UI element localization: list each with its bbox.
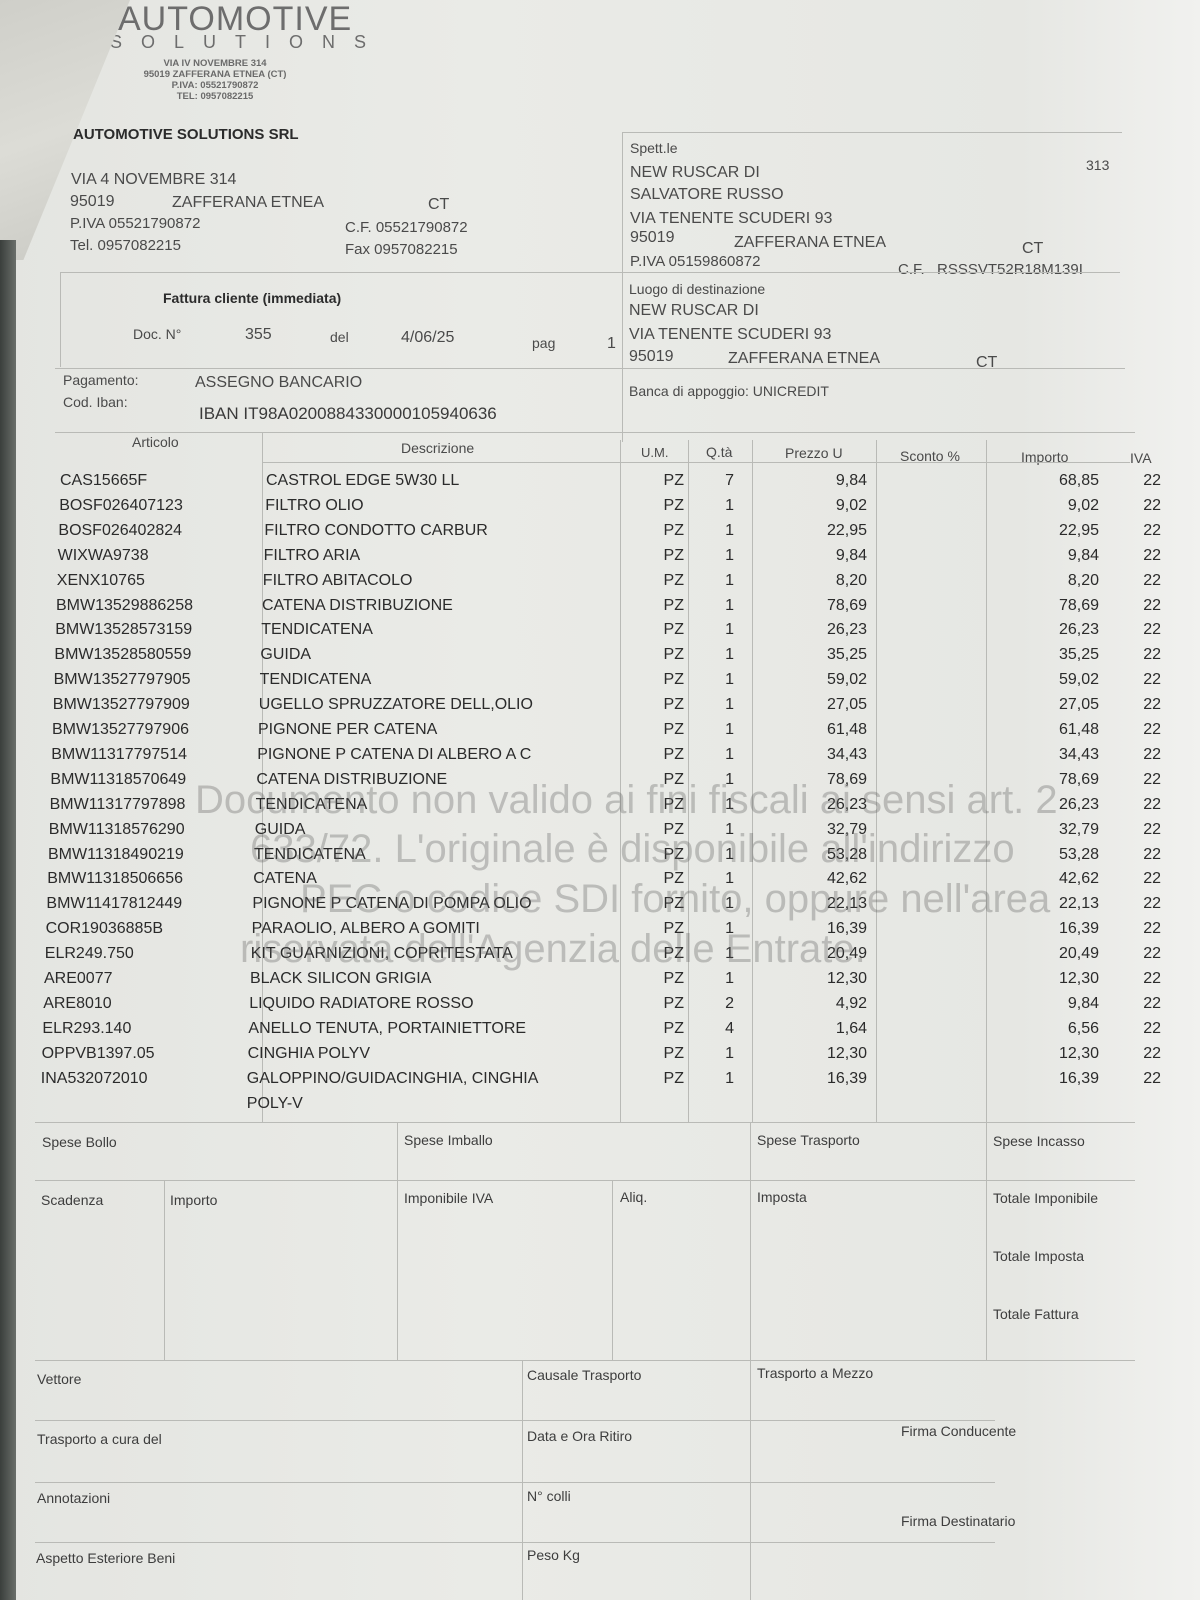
cell-qta: 1	[725, 895, 734, 913]
cell-um: PZ	[664, 846, 684, 864]
cell-importo: 6,56	[1068, 1020, 1099, 1038]
table-row: BMW11318506656CATENAPZ142,6242,6222	[0, 870, 1200, 895]
cell-descrizione: PIGNONE P CATENA DI POMPA OLIO	[252, 895, 531, 913]
cell-importo: 78,69	[1059, 597, 1099, 615]
cell-um: PZ	[664, 771, 684, 789]
cell-um: PZ	[664, 522, 684, 540]
cell-qta: 1	[725, 621, 734, 639]
label-firma-conducente: Firma Conducente	[901, 1423, 1016, 1439]
cell-descrizione: PIGNONE PER CATENA	[258, 721, 437, 739]
cell-importo: 22,13	[1059, 895, 1099, 913]
cell-prezzo: 9,84	[836, 547, 867, 565]
cell-articolo: BMW13527797909	[53, 696, 190, 714]
cell-um: PZ	[664, 746, 684, 764]
cell-qta: 1	[725, 671, 734, 689]
cell-importo: 12,30	[1059, 1045, 1099, 1063]
cell-articolo: BMW13527797905	[54, 671, 191, 689]
cell-importo: 42,62	[1059, 870, 1099, 888]
cell-qta: 1	[725, 1045, 734, 1063]
cell-articolo: BMW11318570649	[50, 771, 186, 789]
cell-um: PZ	[664, 472, 684, 490]
cell-iva: 22	[1143, 597, 1161, 615]
cell-descrizione: FILTRO ABITACOLO	[263, 572, 413, 590]
cell-prezzo: 9,84	[836, 472, 867, 490]
cell-iva: 22	[1143, 1070, 1161, 1088]
cell-prezzo: 16,39	[827, 920, 867, 938]
cell-descrizione: CINGHIA POLYV	[248, 1045, 370, 1063]
cell-iva: 22	[1143, 870, 1161, 888]
cell-descrizione: UGELLO SPRUZZATORE DELL,OLIO	[259, 696, 533, 714]
label-spese-incasso: Spese Incasso	[993, 1133, 1085, 1149]
cell-iva: 22	[1143, 572, 1161, 590]
table-row: OPPVB1397.05CINGHIA POLYVPZ112,3012,3022	[0, 1045, 1200, 1070]
cell-articolo: BMW11317797898	[50, 796, 186, 814]
cell-iva: 22	[1143, 646, 1161, 664]
invoice-lines: CAS15665FCASTROL EDGE 5W30 LLPZ79,8468,8…	[0, 0, 1200, 1200]
cell-iva: 22	[1143, 746, 1161, 764]
cell-iva: 22	[1143, 945, 1161, 963]
cell-qta: 1	[725, 597, 734, 615]
cell-articolo: CAS15665F	[60, 472, 147, 490]
cell-descrizione: TENDICATENA	[260, 671, 372, 689]
label-totale-fattura: Totale Fattura	[993, 1306, 1079, 1322]
cell-prezzo: 53,28	[827, 846, 867, 864]
cell-um: PZ	[664, 547, 684, 565]
cell-articolo: ARE8010	[43, 995, 112, 1013]
label-spese-imballo: Spese Imballo	[404, 1132, 493, 1148]
cell-articolo: INA532072010	[41, 1070, 148, 1088]
cell-um: PZ	[664, 821, 684, 839]
cell-um: PZ	[664, 597, 684, 615]
cell-prezzo: 22,13	[827, 895, 867, 913]
cell-descrizione: CASTROL EDGE 5W30 LL	[266, 472, 459, 490]
cell-importo: 59,02	[1059, 671, 1099, 689]
cell-qta: 1	[725, 821, 734, 839]
cell-articolo: BMW13529886258	[56, 597, 193, 615]
cell-prezzo: 34,43	[827, 746, 867, 764]
cell-iva: 22	[1143, 522, 1161, 540]
background-edge	[0, 240, 16, 1600]
cell-qta: 1	[725, 547, 734, 565]
cell-qta: 1	[725, 771, 734, 789]
cell-articolo: BMW11417812449	[46, 895, 182, 913]
cell-qta: 2	[725, 995, 734, 1013]
label-peso-kg: Peso Kg	[527, 1547, 580, 1563]
cell-qta: 1	[725, 846, 734, 864]
cell-descrizione: TENDICATENA	[256, 796, 368, 814]
cell-importo: 9,02	[1068, 497, 1099, 515]
label-annotazioni: Annotazioni	[37, 1490, 110, 1506]
cell-iva: 22	[1143, 497, 1161, 515]
table-row: BMW11317797514PIGNONE P CATENA DI ALBERO…	[0, 746, 1200, 771]
label-totale-imponibile: Totale Imponibile	[993, 1190, 1098, 1206]
cell-iva: 22	[1143, 796, 1161, 814]
cell-importo: 68,85	[1059, 472, 1099, 490]
cell-qta: 1	[725, 522, 734, 540]
cell-articolo: ELR249.750	[45, 945, 134, 963]
cell-iva: 22	[1143, 970, 1161, 988]
cell-qta: 1	[725, 646, 734, 664]
cell-prezzo: 16,39	[827, 1070, 867, 1088]
cell-iva: 22	[1143, 1020, 1161, 1038]
label-n-colli: N° colli	[527, 1488, 571, 1504]
cell-um: PZ	[664, 1070, 684, 1088]
cell-descrizione: GUIDA	[260, 646, 311, 664]
cell-articolo: BOSF026402824	[58, 522, 182, 540]
cell-um: PZ	[664, 920, 684, 938]
cell-articolo: BMW13528580559	[54, 646, 191, 664]
table-row: COR19036885BPARAOLIO, ALBERO A GOMITIPZ1…	[0, 920, 1200, 945]
cell-descrizione: TENDICATENA	[261, 621, 373, 639]
cell-descrizione: CATENA	[253, 870, 317, 888]
cell-iva: 22	[1143, 771, 1161, 789]
label-vettore: Vettore	[37, 1371, 81, 1387]
cell-descrizione: CATENA DISTRIBUZIONE	[256, 771, 447, 789]
cell-descrizione: FILTRO OLIO	[265, 497, 363, 515]
cell-importo: 12,30	[1059, 970, 1099, 988]
cell-articolo: BMW13528573159	[55, 621, 192, 639]
table-row: ARE8010LIQUIDO RADIATORE ROSSOPZ24,929,8…	[0, 995, 1200, 1020]
cell-descrizione: PIGNONE P CATENA DI ALBERO A C	[257, 746, 531, 764]
table-row: ELR293.140ANELLO TENUTA, PORTAINIETTOREP…	[0, 1020, 1200, 1045]
table-row: BMW13528573159TENDICATENAPZ126,2326,2322	[0, 621, 1200, 646]
cell-importo: 34,43	[1059, 746, 1099, 764]
cell-prezzo: 78,69	[827, 771, 867, 789]
cell-articolo: BOSF026407123	[59, 497, 183, 515]
cell-articolo: COR19036885B	[46, 920, 163, 938]
cell-articolo: BMW11317797514	[51, 746, 187, 764]
cell-importo: 32,79	[1059, 821, 1099, 839]
cell-prezzo: 27,05	[827, 696, 867, 714]
cell-iva: 22	[1143, 621, 1161, 639]
cell-qta: 7	[725, 472, 734, 490]
cell-um: PZ	[664, 995, 684, 1013]
cell-descrizione: GUIDA	[255, 821, 306, 839]
cell-articolo: BMW11318576290	[49, 821, 185, 839]
cell-prezzo: 42,62	[827, 870, 867, 888]
cell-qta: 1	[725, 696, 734, 714]
label-imposta: Imposta	[757, 1189, 807, 1205]
cell-importo: 78,69	[1059, 771, 1099, 789]
table-row: BMW11318570649CATENA DISTRIBUZIONEPZ178,…	[0, 771, 1200, 796]
cell-qta: 1	[725, 572, 734, 590]
table-row: BMW13527797909UGELLO SPRUZZATORE DELL,OL…	[0, 696, 1200, 721]
cell-articolo: WIXWA9738	[58, 547, 149, 565]
cell-qta: 1	[725, 1070, 734, 1088]
table-row: BMW13527797906PIGNONE PER CATENAPZ161,48…	[0, 721, 1200, 746]
table-row: BMW11318576290GUIDAPZ132,7932,7922	[0, 821, 1200, 846]
label-aspetto-beni: Aspetto Esteriore Beni	[36, 1550, 175, 1566]
cell-prezzo: 61,48	[827, 721, 867, 739]
cell-iva: 22	[1143, 1045, 1161, 1063]
cell-prezzo: 78,69	[827, 597, 867, 615]
cell-iva: 22	[1143, 846, 1161, 864]
cell-prezzo: 9,02	[836, 497, 867, 515]
table-row: WIXWA9738FILTRO ARIAPZ19,849,8422	[0, 547, 1200, 572]
cell-articolo: XENX10765	[57, 572, 145, 590]
cell-descrizione: TENDICATENA	[254, 846, 366, 864]
cell-importo: 26,23	[1059, 621, 1099, 639]
cell-importo: 61,48	[1059, 721, 1099, 739]
invoice-page: AUTOMOTIVE SOLUTIONS VIA IV NOVEMBRE 314…	[0, 0, 1200, 1600]
cell-um: PZ	[664, 1020, 684, 1038]
cell-um: PZ	[664, 870, 684, 888]
cell-um: PZ	[664, 621, 684, 639]
label-causale-trasporto: Causale Trasporto	[527, 1367, 641, 1383]
cell-qta: 1	[725, 920, 734, 938]
table-row: INA532072010GALOPPINO/GUIDACINGHIA, CING…	[0, 1070, 1200, 1095]
cell-prezzo: 26,23	[827, 796, 867, 814]
cell-prezzo: 20,49	[827, 945, 867, 963]
cell-importo: 26,23	[1059, 796, 1099, 814]
cell-qta: 1	[725, 870, 734, 888]
cell-iva: 22	[1143, 671, 1161, 689]
cell-articolo: BMW11318506656	[47, 870, 183, 888]
cell-prezzo: 4,92	[836, 995, 867, 1013]
cell-qta: 4	[725, 1020, 734, 1038]
cell-prezzo: 35,25	[827, 646, 867, 664]
cell-um: PZ	[664, 696, 684, 714]
cell-descrizione: KIT GUARNIZIONI, COPRITESTATA	[251, 945, 513, 963]
table-row: ARE0077BLACK SILICON GRIGIAPZ112,3012,30…	[0, 970, 1200, 995]
label-trasporto-a-mezzo: Trasporto a Mezzo	[757, 1365, 873, 1381]
cell-importo: 27,05	[1059, 696, 1099, 714]
cell-articolo: ELR293.140	[42, 1020, 131, 1038]
cell-qta: 1	[725, 796, 734, 814]
cell-iva: 22	[1143, 721, 1161, 739]
cell-prezzo: 32,79	[827, 821, 867, 839]
label-spese-trasporto: Spese Trasporto	[757, 1132, 860, 1148]
table-row: BMW11417812449PIGNONE P CATENA DI POMPA …	[0, 895, 1200, 920]
cell-prezzo: 22,95	[827, 522, 867, 540]
cell-um: PZ	[664, 895, 684, 913]
table-row: ELR249.750KIT GUARNIZIONI, COPRITESTATAP…	[0, 945, 1200, 970]
cell-um: PZ	[664, 970, 684, 988]
cell-iva: 22	[1143, 920, 1161, 938]
cell-prezzo: 59,02	[827, 671, 867, 689]
cell-um: PZ	[664, 945, 684, 963]
cell-importo: 22,95	[1059, 522, 1099, 540]
cell-articolo: OPPVB1397.05	[42, 1045, 155, 1063]
table-row: BOSF026407123FILTRO OLIOPZ19,029,0222	[0, 497, 1200, 522]
table-row: BMW13529886258CATENA DISTRIBUZIONEPZ178,…	[0, 597, 1200, 622]
label-spese-bollo: Spese Bollo	[42, 1134, 117, 1150]
cell-um: PZ	[664, 671, 684, 689]
cell-iva: 22	[1143, 696, 1161, 714]
cell-iva: 22	[1143, 821, 1161, 839]
cell-descrizione-continuation: POLY-V	[247, 1095, 303, 1113]
cell-descrizione: ANELLO TENUTA, PORTAINIETTORE	[248, 1020, 526, 1038]
label-aliq: Aliq.	[620, 1189, 647, 1205]
cell-iva: 22	[1143, 547, 1161, 565]
cell-iva: 22	[1143, 472, 1161, 490]
cell-qta: 1	[725, 970, 734, 988]
label-scadenza: Scadenza	[41, 1192, 103, 1208]
cell-um: PZ	[664, 646, 684, 664]
cell-articolo: BMW13527797906	[52, 721, 189, 739]
label-importo: Importo	[170, 1192, 217, 1208]
cell-descrizione: FILTRO CONDOTTO CARBUR	[264, 522, 487, 540]
cell-iva: 22	[1143, 895, 1161, 913]
cell-importo: 9,84	[1068, 547, 1099, 565]
cell-importo: 20,49	[1059, 945, 1099, 963]
label-firma-destinatario: Firma Destinatario	[901, 1513, 1015, 1529]
table-row: BMW11318490219TENDICATENAPZ153,2853,2822	[0, 846, 1200, 871]
cell-importo: 16,39	[1059, 920, 1099, 938]
table-row: BMW11317797898TENDICATENAPZ126,2326,2322	[0, 796, 1200, 821]
table-row: BMW13528580559GUIDAPZ135,2535,2522	[0, 646, 1200, 671]
cell-descrizione: GALOPPINO/GUIDACINGHIA, CINGHIA	[247, 1070, 539, 1088]
cell-descrizione: LIQUIDO RADIATORE ROSSO	[249, 995, 473, 1013]
table-row: BMW13527797905TENDICATENAPZ159,0259,0222	[0, 671, 1200, 696]
label-trasporto-a-cura: Trasporto a cura del	[37, 1431, 162, 1447]
cell-qta: 1	[725, 497, 734, 515]
table-row: BOSF026402824FILTRO CONDOTTO CARBURPZ122…	[0, 522, 1200, 547]
cell-um: PZ	[664, 721, 684, 739]
cell-descrizione: BLACK SILICON GRIGIA	[250, 970, 431, 988]
cell-prezzo: 1,64	[836, 1020, 867, 1038]
cell-descrizione: PARAOLIO, ALBERO A GOMITI	[252, 920, 480, 938]
cell-qta: 1	[725, 721, 734, 739]
cell-prezzo: 8,20	[836, 572, 867, 590]
table-row: CAS15665FCASTROL EDGE 5W30 LLPZ79,8468,8…	[0, 472, 1200, 497]
cell-importo: 16,39	[1059, 1070, 1099, 1088]
label-totale-imposta: Totale Imposta	[993, 1248, 1084, 1264]
cell-iva: 22	[1143, 995, 1161, 1013]
cell-um: PZ	[664, 497, 684, 515]
cell-descrizione: CATENA DISTRIBUZIONE	[262, 597, 453, 615]
cell-importo: 9,84	[1068, 995, 1099, 1013]
cell-prezzo: 12,30	[827, 1045, 867, 1063]
cell-qta: 1	[725, 746, 734, 764]
cell-importo: 35,25	[1059, 646, 1099, 664]
cell-articolo: ARE0077	[44, 970, 113, 988]
cell-prezzo: 26,23	[827, 621, 867, 639]
cell-prezzo: 12,30	[827, 970, 867, 988]
cell-articolo: BMW11318490219	[48, 846, 184, 864]
label-imponibile-iva: Imponibile IVA	[404, 1190, 493, 1206]
cell-qta: 1	[725, 945, 734, 963]
cell-importo: 53,28	[1059, 846, 1099, 864]
table-row: XENX10765FILTRO ABITACOLOPZ18,208,2022	[0, 572, 1200, 597]
cell-um: PZ	[664, 796, 684, 814]
label-data-ora-ritiro: Data e Ora Ritiro	[527, 1428, 632, 1444]
cell-um: PZ	[664, 572, 684, 590]
cell-um: PZ	[664, 1045, 684, 1063]
cell-descrizione: FILTRO ARIA	[264, 547, 361, 565]
cell-importo: 8,20	[1068, 572, 1099, 590]
